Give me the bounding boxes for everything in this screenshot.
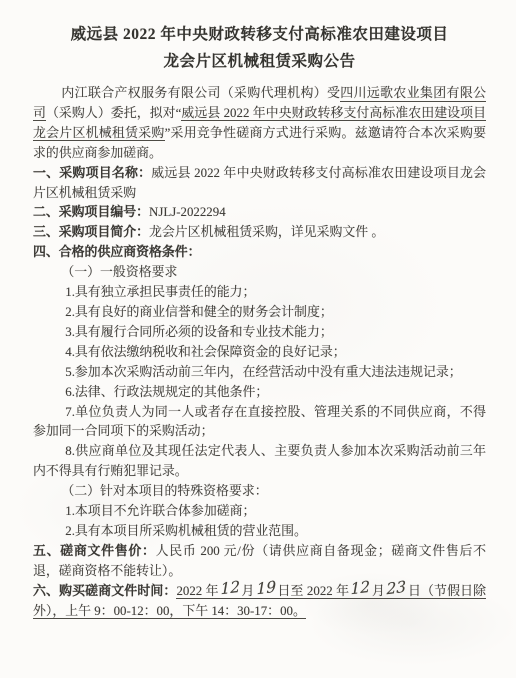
section-project-number: 二、采购项目编号：NJLJ-2022294 [33, 203, 486, 223]
handwritten-month-2: 12 [349, 582, 372, 596]
handwritten-day-1: 19 [255, 582, 278, 596]
requirement-item-4: 4.具有依法缴纳税收和社会保障资金的良好记录； [33, 343, 486, 363]
intro-text-1: 内江联合产权服务有限公司（采购代理机构）受 [61, 86, 340, 100]
section-project-brief-value: 龙会片区机械租赁采购，详见采购文件 。 [149, 225, 384, 239]
month-char-1: 月 [241, 584, 254, 598]
requirement-item-3: 3.具有履行合同所必须的设备和专业技术能力； [33, 323, 486, 343]
special-requirements-heading: （二）针对本项目的特殊资格要求： [33, 482, 486, 502]
section-supplier-qualifications-label: 四、合格的供应商资格条件： [33, 245, 201, 259]
handwritten-day-2: 23 [385, 582, 408, 596]
month-char-2: 月 [372, 584, 385, 598]
section-project-number-value: NJLJ-2022294 [149, 205, 226, 219]
procurement-announcement-page: 威远县 2022 年中央财政转移支付高标准农田建设项目 龙会片区机械租赁采购公告… [0, 0, 516, 678]
requirement-item-8: 8.供应商单位及其现任法定代表人、主要负责人参加本次采购活动前三年内不得具有行贿… [33, 442, 486, 482]
section-document-price-label: 五、磋商文件售价： [33, 544, 156, 558]
section-supplier-qualifications-heading: 四、合格的供应商资格条件： [33, 243, 486, 263]
doc-title-line2: 龙会片区机械租赁采购公告 [33, 49, 486, 76]
handwritten-month-1: 12 [219, 582, 242, 596]
date-mid-text: 日至 2022 年 [277, 584, 349, 598]
section-project-number-label: 二、采购项目编号： [33, 205, 149, 219]
general-requirements-heading: （一）一般资格要求 [33, 263, 486, 283]
section-project-brief: 三、采购项目简介：龙会片区机械租赁采购，详见采购文件 。 [33, 223, 486, 243]
purchase-time-hours: 上午 9：00-12：00，下午 14：30-17：00。 [65, 604, 306, 618]
section-project-name: 一、采购项目名称：威远县 2022 年中央财政转移支付高标准农田建设项目龙会片区… [33, 164, 486, 204]
special-requirement-item-2: 2.具有本项目所采购机械租赁的营业范围。 [33, 522, 486, 542]
section-purchase-time-label: 六、购买磋商文件时间： [33, 584, 176, 598]
section-document-price: 五、磋商文件售价：人民币 200 元/份（请供应商自备现金；磋商文件售后不退，磋… [33, 542, 486, 582]
requirement-item-1: 1.具有独立承担民事责任的能力； [33, 283, 486, 303]
special-requirement-item-1: 1.本项目不允许联合体参加磋商； [33, 502, 486, 522]
section-project-name-label: 一、采购项目名称： [33, 166, 151, 180]
requirement-item-6: 6.法律、行政法规规定的其他条件； [33, 383, 486, 403]
requirement-item-5: 5.参加本次采购活动前三年内，在经营活动中没有重大违法违规记录； [33, 363, 486, 383]
intro-text-2: （采购人）委托，拟对“ [46, 106, 181, 120]
date-pre-text: 2022 年 [176, 584, 218, 598]
doc-title-line1: 威远县 2022 年中央财政转移支付高标准农田建设项目 [33, 22, 486, 49]
requirement-item-2: 2.具有良好的商业信誉和健全的财务会计制度； [33, 303, 486, 323]
section-project-brief-label: 三、采购项目简介： [33, 225, 149, 239]
intro-paragraph: 内江联合产权服务有限公司（采购代理机构）受四川远歌农业集团有限公司（采购人）委托… [33, 84, 486, 164]
section-purchase-time: 六、购买磋商文件时间：2022 年12月19日至 2022 年12月23日（节假… [33, 582, 486, 622]
requirement-item-7: 7.单位负责人为同一人或者存在直接控股、管理关系的不同供应商，不得参加同一合同项… [33, 403, 486, 443]
